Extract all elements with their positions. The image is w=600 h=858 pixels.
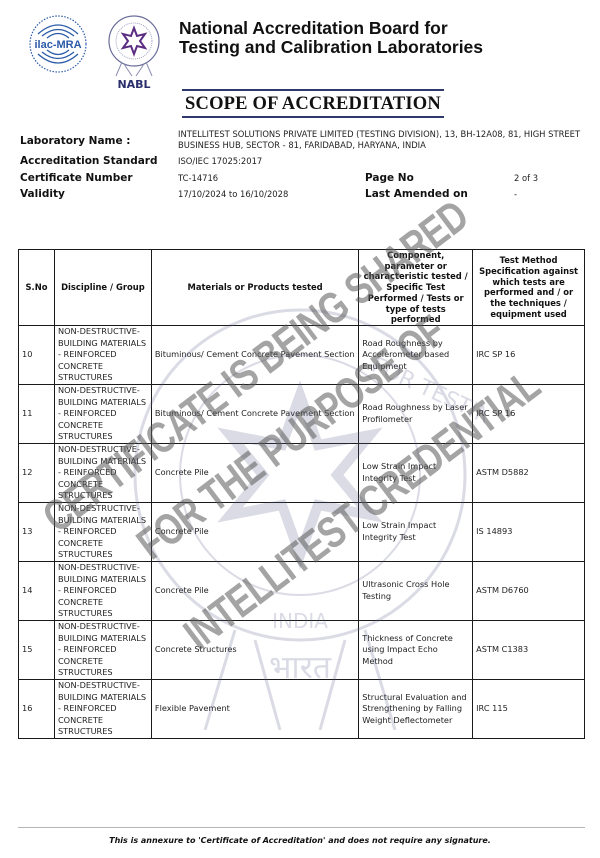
- cell-component: Low Strain Impact Integrity Test: [359, 443, 473, 502]
- accreditation-standard-value: ISO/IEC 17025:2017: [178, 156, 262, 167]
- last-amended-value: -: [514, 189, 517, 200]
- validity-value: 17/10/2024 to 16/10/2028: [178, 189, 288, 200]
- cell-material: Bituminous/ Cement Concrete Pavement Sec…: [151, 325, 358, 384]
- validity-label: Validity: [20, 188, 65, 200]
- cell-sno: 12: [19, 443, 55, 502]
- table-row: 10NON-DESTRUCTIVE- BUILDING MATERIALS - …: [19, 325, 585, 384]
- table-header-row: S.No Discipline / Group Materials or Pro…: [19, 250, 585, 326]
- table-row: 12NON-DESTRUCTIVE- BUILDING MATERIALS - …: [19, 443, 585, 502]
- column-header-test-method: Test Method Specification against which …: [473, 250, 585, 326]
- cell-test-method: IRC 115: [473, 679, 585, 738]
- accreditation-standard-label: Accreditation Standard: [20, 155, 158, 167]
- column-header-materials: Materials or Products tested: [151, 250, 358, 326]
- cell-test-method: ASTM D6760: [473, 561, 585, 620]
- cell-discipline: NON-DESTRUCTIVE- BUILDING MATERIALS - RE…: [54, 561, 151, 620]
- column-header-sno: S.No: [19, 250, 55, 326]
- cell-sno: 14: [19, 561, 55, 620]
- cell-sno: 16: [19, 679, 55, 738]
- table-row: 11NON-DESTRUCTIVE- BUILDING MATERIALS - …: [19, 384, 585, 443]
- cell-component: Structural Evaluation and Strengthening …: [359, 679, 473, 738]
- org-name-line1: National Accreditation Board for: [179, 19, 483, 38]
- cell-component: Thickness of Concrete using Impact Echo …: [359, 620, 473, 679]
- nabl-logo: NABL: [106, 14, 162, 92]
- scope-title: SCOPE OF ACCREDITATION: [182, 89, 444, 118]
- cell-discipline: NON-DESTRUCTIVE- BUILDING MATERIALS - RE…: [54, 443, 151, 502]
- cell-material: Bituminous/ Cement Concrete Pavement Sec…: [151, 384, 358, 443]
- svg-text:ilac-MRA: ilac-MRA: [34, 39, 81, 51]
- cell-material: Concrete Pile: [151, 443, 358, 502]
- table-row: 14NON-DESTRUCTIVE- BUILDING MATERIALS - …: [19, 561, 585, 620]
- footer-divider: [18, 827, 585, 828]
- column-header-discipline: Discipline / Group: [54, 250, 151, 326]
- ilac-mra-logo: ilac-MRA: [28, 14, 88, 74]
- scope-table: S.No Discipline / Group Materials or Pro…: [18, 249, 585, 739]
- page-no-value: 2 of 3: [514, 173, 538, 184]
- cell-component: Road Roughness by Accelerometer based Eq…: [359, 325, 473, 384]
- cell-test-method: IRC SP 16: [473, 384, 585, 443]
- cell-discipline: NON-DESTRUCTIVE- BUILDING MATERIALS - RE…: [54, 384, 151, 443]
- table-row: 16NON-DESTRUCTIVE- BUILDING MATERIALS - …: [19, 679, 585, 738]
- cell-test-method: IRC SP 16: [473, 325, 585, 384]
- table-row: 13NON-DESTRUCTIVE- BUILDING MATERIALS - …: [19, 502, 585, 561]
- cell-component: Low Strain Impact Integrity Test: [359, 502, 473, 561]
- page-no-label: Page No: [365, 172, 414, 184]
- cell-sno: 13: [19, 502, 55, 561]
- cell-discipline: NON-DESTRUCTIVE- BUILDING MATERIALS - RE…: [54, 620, 151, 679]
- cell-material: Concrete Pile: [151, 561, 358, 620]
- laboratory-name-label: Laboratory Name :: [20, 135, 130, 147]
- cell-test-method: IS 14893: [473, 502, 585, 561]
- last-amended-label: Last Amended on: [365, 188, 468, 200]
- cell-sno: 11: [19, 384, 55, 443]
- certificate-number-value: TC-14716: [178, 173, 218, 184]
- certificate-number-label: Certificate Number: [20, 172, 133, 184]
- table-row: 15NON-DESTRUCTIVE- BUILDING MATERIALS - …: [19, 620, 585, 679]
- organization-name: National Accreditation Board for Testing…: [179, 19, 483, 57]
- cell-discipline: NON-DESTRUCTIVE- BUILDING MATERIALS - RE…: [54, 679, 151, 738]
- cell-discipline: NON-DESTRUCTIVE- BUILDING MATERIALS - RE…: [54, 325, 151, 384]
- cell-component: Ultrasonic Cross Hole Testing: [359, 561, 473, 620]
- org-name-line2: Testing and Calibration Laboratories: [179, 38, 483, 57]
- cell-discipline: NON-DESTRUCTIVE- BUILDING MATERIALS - RE…: [54, 502, 151, 561]
- cell-material: Concrete Structures: [151, 620, 358, 679]
- cell-test-method: ASTM C1383: [473, 620, 585, 679]
- cell-test-method: ASTM D5882: [473, 443, 585, 502]
- footer-note: This is annexure to 'Certificate of Accr…: [0, 836, 600, 845]
- cell-sno: 10: [19, 325, 55, 384]
- cell-material: Flexible Pavement: [151, 679, 358, 738]
- cell-component: Road Roughness by Laser Profilometer: [359, 384, 473, 443]
- cell-material: Concrete Pile: [151, 502, 358, 561]
- svg-text:NABL: NABL: [117, 78, 150, 91]
- cell-sno: 15: [19, 620, 55, 679]
- column-header-component: Component, parameter or characteristic t…: [359, 250, 473, 326]
- laboratory-name-value: INTELLITEST SOLUTIONS PRIVATE LIMITED (T…: [178, 129, 583, 151]
